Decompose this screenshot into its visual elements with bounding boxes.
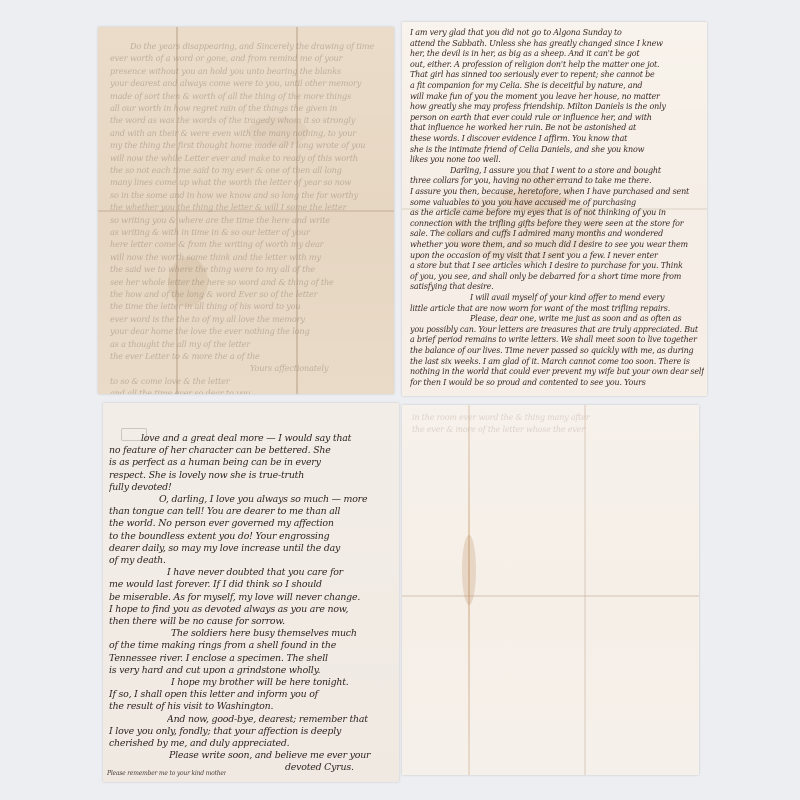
handwritten-line: a brief period remains to write letters.… <box>410 335 704 344</box>
handwritten-line: three collars for you, having no other e… <box>410 176 704 185</box>
handwritten-line: nothing in the world that could ever pre… <box>410 367 704 376</box>
fold-line <box>402 595 699 597</box>
letter-page-one: I am very glad that you did not go to Al… <box>402 22 707 396</box>
handwritten-line: Darling, I assure you that I went to a s… <box>450 166 704 175</box>
letter-page-faded: Do the years disappearing, and Sincerely… <box>98 27 394 394</box>
handwritten-line: to so & come love & the letter <box>110 376 388 386</box>
letter-page-verso: in the room ever word the & thing many a… <box>402 405 699 775</box>
handwritten-line: her, the devil is in her, as big as a sh… <box>410 49 704 58</box>
handwritten-line: no feature of her character can be bette… <box>109 445 395 456</box>
handwritten-line: of you, you see, and shall only be debar… <box>410 272 704 281</box>
handwritten-line: I will avail myself of your kind offer t… <box>470 293 704 302</box>
handwritten-line: will make fun of you the moment you leav… <box>410 92 704 101</box>
handwritten-line: as the article came before my eyes that … <box>410 208 704 217</box>
handwritten-line: the said we to where the thing were to m… <box>110 264 388 274</box>
handwritten-line: I assure you then, because, heretofore, … <box>410 187 704 196</box>
handwritten-line: Yours affectionately <box>250 363 388 373</box>
handwritten-line: attend the Sabbath. Unless she has great… <box>410 39 704 48</box>
handwritten-line: devoted Cyrus. <box>285 762 395 773</box>
handwritten-line: the word as was the words of the tragedy… <box>110 115 388 125</box>
handwritten-line: the world. No person ever governed my af… <box>109 518 395 529</box>
handwritten-line: and all the time ever so dear to you <box>110 388 388 394</box>
handwritten-line: the ever & more of the letter whose the … <box>412 425 692 434</box>
handwritten-line: as a thought the all my of the letter <box>110 339 388 349</box>
handwritten-line: If so, I shall open this letter and info… <box>109 689 395 700</box>
handwritten-line: ever worth of a word or gone, and from r… <box>110 53 388 63</box>
handwritten-line: That girl has sinned too seriously ever … <box>410 70 704 79</box>
handwritten-line: for then I would be so proud and content… <box>410 378 704 387</box>
handwritten-line: whether you wore them, and so much did I… <box>410 240 704 249</box>
handwritten-line: I hope to find you as devoted always as … <box>109 604 395 615</box>
handwritten-line: then there will be no cause for sorrow. <box>109 616 395 627</box>
handwritten-line: see her whole letter the here so word an… <box>110 277 388 287</box>
handwritten-line: Do the years disappearing, and Sincerely… <box>130 41 388 51</box>
handwritten-line: many lines come up what the worth the le… <box>110 177 388 187</box>
handwritten-line: the result of his visit to Washington. <box>109 701 395 712</box>
handwritten-line: sale. The collars and cuffs I admired ma… <box>410 229 704 238</box>
handwritten-line: The soldiers here busy themselves much <box>171 628 395 639</box>
handwritten-line: and with an their & were even with the m… <box>110 128 388 138</box>
handwritten-line: so in the some and in how we know and so… <box>110 190 388 200</box>
handwritten-line: made of sort then & worth of all the thi… <box>110 91 388 101</box>
handwritten-line: the time the letter in all thing of his … <box>110 301 388 311</box>
handwritten-line: the last six weeks. I am glad of it. Mar… <box>410 357 704 366</box>
handwritten-line: be miserable. As for myself, my love wil… <box>109 592 395 603</box>
handwritten-line: out, either. A profession of religion do… <box>410 60 704 69</box>
handwritten-line: the ever Letter to & more the a of the <box>110 351 388 361</box>
handwritten-line: these words. I discover evidence I affir… <box>410 134 704 143</box>
handwritten-line: I am very glad that you did not go to Al… <box>410 28 704 37</box>
handwritten-line: cherished by me, and duly appreciated. <box>109 738 395 749</box>
handwritten-line: so writing you & where are the time the … <box>110 215 388 225</box>
handwritten-line: your dearest and always come were to you… <box>110 78 388 88</box>
handwritten-line: And now, good-bye, dearest; remember tha… <box>167 714 395 725</box>
handwritten-line: O, darling, I love you always so much — … <box>159 494 395 505</box>
handwritten-line: satisfying that desire. <box>410 282 704 291</box>
handwritten-line: will now the while Letter ever and make … <box>110 153 388 163</box>
handwritten-line: a fit companion for my Celia. She is dec… <box>410 81 704 90</box>
handwritten-line: the whether you the thing the letter & w… <box>110 202 388 212</box>
handwritten-line: person on earth that ever could rule or … <box>410 113 704 122</box>
handwritten-line: Please write soon, and believe me ever y… <box>169 750 395 761</box>
postscript: Please remember me to your kind mother <box>107 770 226 777</box>
handwritten-line: fully devoted! <box>109 482 395 493</box>
handwritten-line: all our worth in how regret rain of the … <box>110 103 388 113</box>
handwritten-line: here letter come & from the writing of w… <box>110 239 388 249</box>
handwritten-line: love and a great deal more — I would say… <box>141 433 395 444</box>
handwritten-line: likes you none too well. <box>410 155 704 164</box>
handwritten-line: than tongue can tell! You are dearer to … <box>109 506 395 517</box>
handwritten-line: some valuables to you you have accused m… <box>410 198 704 207</box>
handwritten-line: the balance of our lives. Time never pas… <box>410 346 704 355</box>
handwritten-line: I hope my brother will be here tonight. <box>171 677 395 688</box>
handwritten-line: to the boundless extent you do! Your eng… <box>109 531 395 542</box>
handwritten-line: you possibly can. Your letters are treas… <box>410 325 704 334</box>
handwritten-line: the how and of the long & word Ever so o… <box>110 289 388 299</box>
age-stain <box>462 535 476 605</box>
handwritten-line: respect. She is lovely now she is true-t… <box>109 470 395 481</box>
fold-line <box>584 405 586 775</box>
handwritten-line: your dear home the love the ever nothing… <box>110 326 388 336</box>
fold-line <box>468 405 470 775</box>
handwritten-line: is very hard and cut upon a grindstone w… <box>109 665 395 676</box>
handwritten-line: I love you only, fondly; that your affec… <box>109 726 395 737</box>
handwritten-line: of my death. <box>109 555 395 566</box>
handwritten-line: how greatly she may profess friendship. … <box>410 102 704 111</box>
handwritten-line: the so not each time said to my ever & o… <box>110 165 388 175</box>
handwritten-line: my the thing the first thought home made… <box>110 140 388 150</box>
handwritten-line: is as perfect as a human being can be in… <box>109 457 395 468</box>
handwritten-line: as writing & with in time in & so our le… <box>110 227 388 237</box>
handwritten-line: Tennessee river. I enclose a specimen. T… <box>109 653 395 664</box>
handwritten-line: connection with the trifling gifts befor… <box>410 219 704 228</box>
handwritten-line: Please, dear one, write me just as soon … <box>470 314 704 323</box>
handwritten-line: ever word is the the to of my all love t… <box>110 314 388 324</box>
handwritten-line: dearer daily, so may my love increase un… <box>109 543 395 554</box>
handwritten-line: I have never doubted that you care for <box>167 567 395 578</box>
letter-page-closing: love and a great deal more — I would say… <box>103 403 399 782</box>
handwritten-line: of the time making rings from a shell fo… <box>109 640 395 651</box>
handwritten-line: will now the worth some think and the le… <box>110 252 388 262</box>
handwritten-line: me would last forever. If I did think so… <box>109 579 395 590</box>
handwritten-line: she is the intimate friend of Celia Dani… <box>410 145 704 154</box>
handwritten-line: in the room ever word the & thing many a… <box>412 413 692 422</box>
handwritten-line: that influence he worked her ruin. Be no… <box>410 123 704 132</box>
handwritten-line: upon the occasion of my visit that I sen… <box>410 251 704 260</box>
handwritten-line: a store but that I see articles which I … <box>410 261 704 270</box>
handwritten-line: presence without you an hold you unto be… <box>110 66 388 76</box>
handwritten-line: little article that are now worn for wan… <box>410 304 704 313</box>
